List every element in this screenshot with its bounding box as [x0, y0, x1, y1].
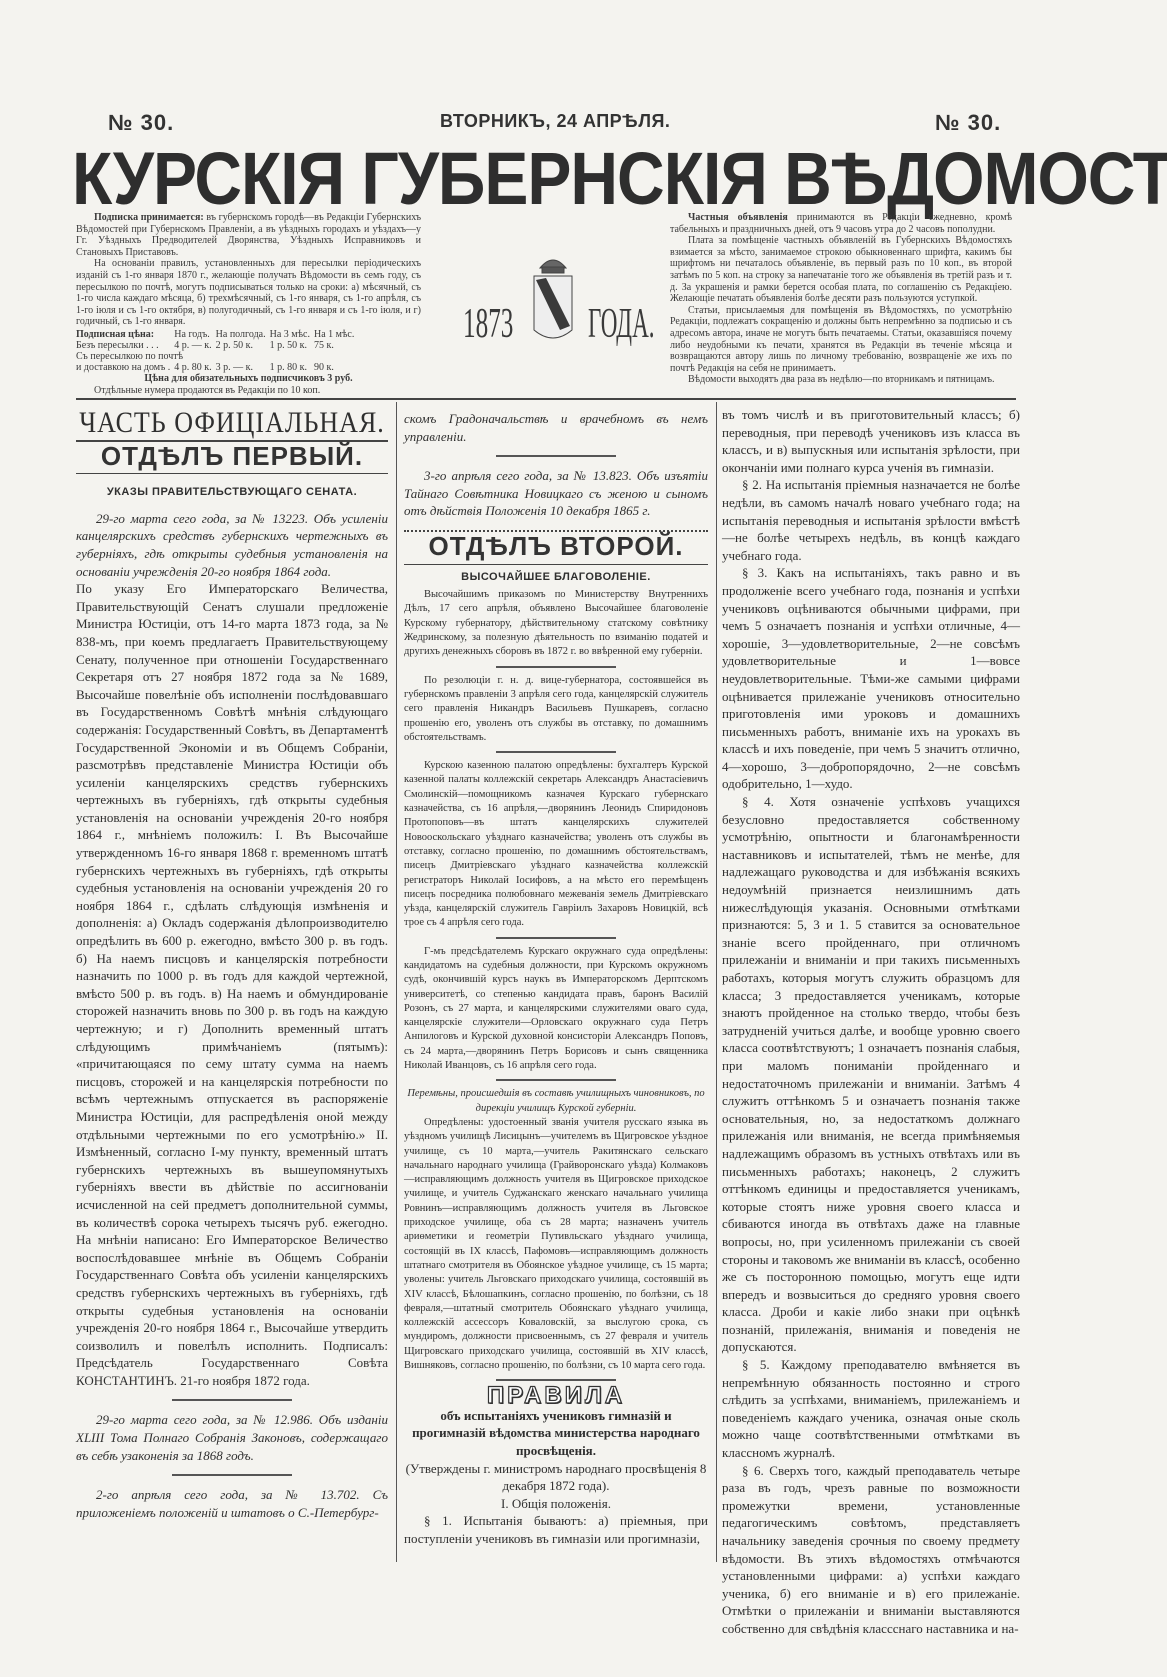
vice-governor-resolution: По резолюціи г. н. д. вице-губернатора, …	[404, 674, 708, 745]
newspaper-page: № 30. ВТОРНИКЪ, 24 АПРѢЛЯ. № 30. КУРСКІЯ…	[0, 0, 1167, 1677]
ads-lead: Частныя объявленія	[688, 212, 788, 223]
rules-paragraph-6: § 6. Сверхъ того, каждый преподаватель ч…	[722, 1462, 1020, 1638]
ads-articles: Статьи, присылаемыя для помѣщенія въ Вѣд…	[670, 305, 1012, 375]
rules-section-title: I. Общія положенія.	[404, 1495, 708, 1513]
column-1: ЧАСТЬ ОФИЦІАЛЬНАЯ. ОТДѢЛЪ ПЕРВЫЙ. УКАЗЫ …	[76, 410, 388, 1521]
rules-paragraph-4: § 4. Хотя означеніе успѣховъ учащихся бе…	[722, 793, 1020, 1356]
year-label: 1873	[463, 300, 513, 348]
mandatory-price: Цѣна для обязательныхъ подписчиковъ 3 ру…	[144, 373, 352, 384]
treasury-appointments: Курскою казенною палатою опредѣлены: бух…	[404, 759, 708, 931]
header-divider	[76, 398, 1016, 400]
year-suffix: ГОДА.	[588, 300, 655, 348]
school-changes-text: Опредѣлены: удостоенный званія учителя р…	[404, 1116, 708, 1373]
kursk-coat-of-arms-icon	[528, 250, 578, 350]
rules-paragraph-2: § 2. На испытанія пріемныя назначается н…	[722, 476, 1020, 564]
decree-3: 2-го апрѣля сего года, за № 13.702. Съ п…	[76, 1486, 388, 1521]
rules-subtitle: объ испытаніяхъ учениковъ гимназій и про…	[404, 1407, 708, 1460]
decree-1-heading: 29-го марта сего года, за № 13223. Объ у…	[76, 510, 388, 580]
ads-pricing: Плата за помѣщеніе частныхъ объявленій в…	[670, 235, 1012, 305]
rules-paragraph-1: § 1. Испытанія бываютъ: а) пріемныя, при…	[404, 1512, 708, 1547]
department-title-2: ОТДѢЛЪ ВТОРОЙ.	[404, 538, 708, 556]
ads-info: Частныя объявленія принимаются въ Редакц…	[670, 212, 1012, 386]
issue-number-left: № 30.	[108, 110, 174, 136]
rules-paragraph-3: § 3. Какъ на испытаніяхъ, такъ равно и в…	[722, 564, 1020, 793]
senate-decrees-heading: УКАЗЫ ПРАВИТЕЛЬСТВУЮЩАГО СЕНАТА.	[76, 484, 388, 502]
column-3: въ томъ числѣ и въ приготовительный клас…	[722, 406, 1020, 1638]
rules-paragraph-5: § 5. Каждому преподавателю вмѣняется въ …	[722, 1356, 1020, 1462]
decree-2: 29-го марта сего года, за № 12.986. Объ …	[76, 1411, 388, 1464]
column-divider-2	[716, 402, 717, 1562]
court-appointments: Г-мъ предсѣдателемъ Курскаго окружнаго с…	[404, 945, 708, 1074]
school-changes-heading: Перемѣны, происшедшія въ составѣ училищн…	[404, 1087, 708, 1116]
dateline: ВТОРНИКЪ, 24 АПРѢЛЯ.	[440, 111, 670, 132]
imperial-favor-text: Высочайшимъ приказомъ по Министерству Вн…	[404, 588, 708, 659]
masthead-title: КУРСКІЯ ГУБЕРНСКІЯ ВѢДОМОСТИ.	[72, 140, 1012, 216]
subscription-info: Подписка принимается: въ губернскомъ гор…	[76, 212, 421, 396]
decree-1-body: По указу Его Императорскаго Величества, …	[76, 580, 388, 1389]
department-title-1: ОТДѢЛЪ ПЕРВЫЙ.	[76, 448, 388, 466]
column-divider-1	[396, 402, 397, 1562]
part-title: ЧАСТЬ ОФИЦІАЛЬНАЯ.	[76, 413, 388, 433]
subscription-lead: Подписка принимается:	[94, 212, 204, 223]
decree-4: 3-го апрѣля сего года, за № 13.823. Объ …	[404, 467, 708, 520]
subscription-terms: На основаніи правилъ, установленныхъ для…	[76, 258, 421, 328]
single-copy-price: Отдѣльные нумера продаются въ Редакціи п…	[76, 385, 421, 397]
rules-approval: (Утверждены г. министромъ народнаго прос…	[404, 1460, 708, 1495]
imperial-favor-heading: ВЫСОЧАЙШЕЕ БЛАГОВОЛЕНІЕ.	[404, 569, 708, 587]
decree-3-continued: скомъ Градоначальствѣ и врачебномъ въ не…	[404, 410, 708, 445]
price-table: Подписная цѣна: На годъ. На полгода. На …	[76, 329, 358, 373]
publication-schedule: Вѣдомости выходятъ два раза въ недѣлю—по…	[670, 374, 1012, 386]
column-2: скомъ Градоначальствѣ и врачебномъ въ не…	[404, 410, 708, 1548]
rules-paragraph-1-continued: въ томъ числѣ и въ приготовительный клас…	[722, 406, 1020, 476]
rules-title: ПРАВИЛА	[404, 1387, 708, 1405]
issue-number-right: № 30.	[935, 110, 1001, 136]
